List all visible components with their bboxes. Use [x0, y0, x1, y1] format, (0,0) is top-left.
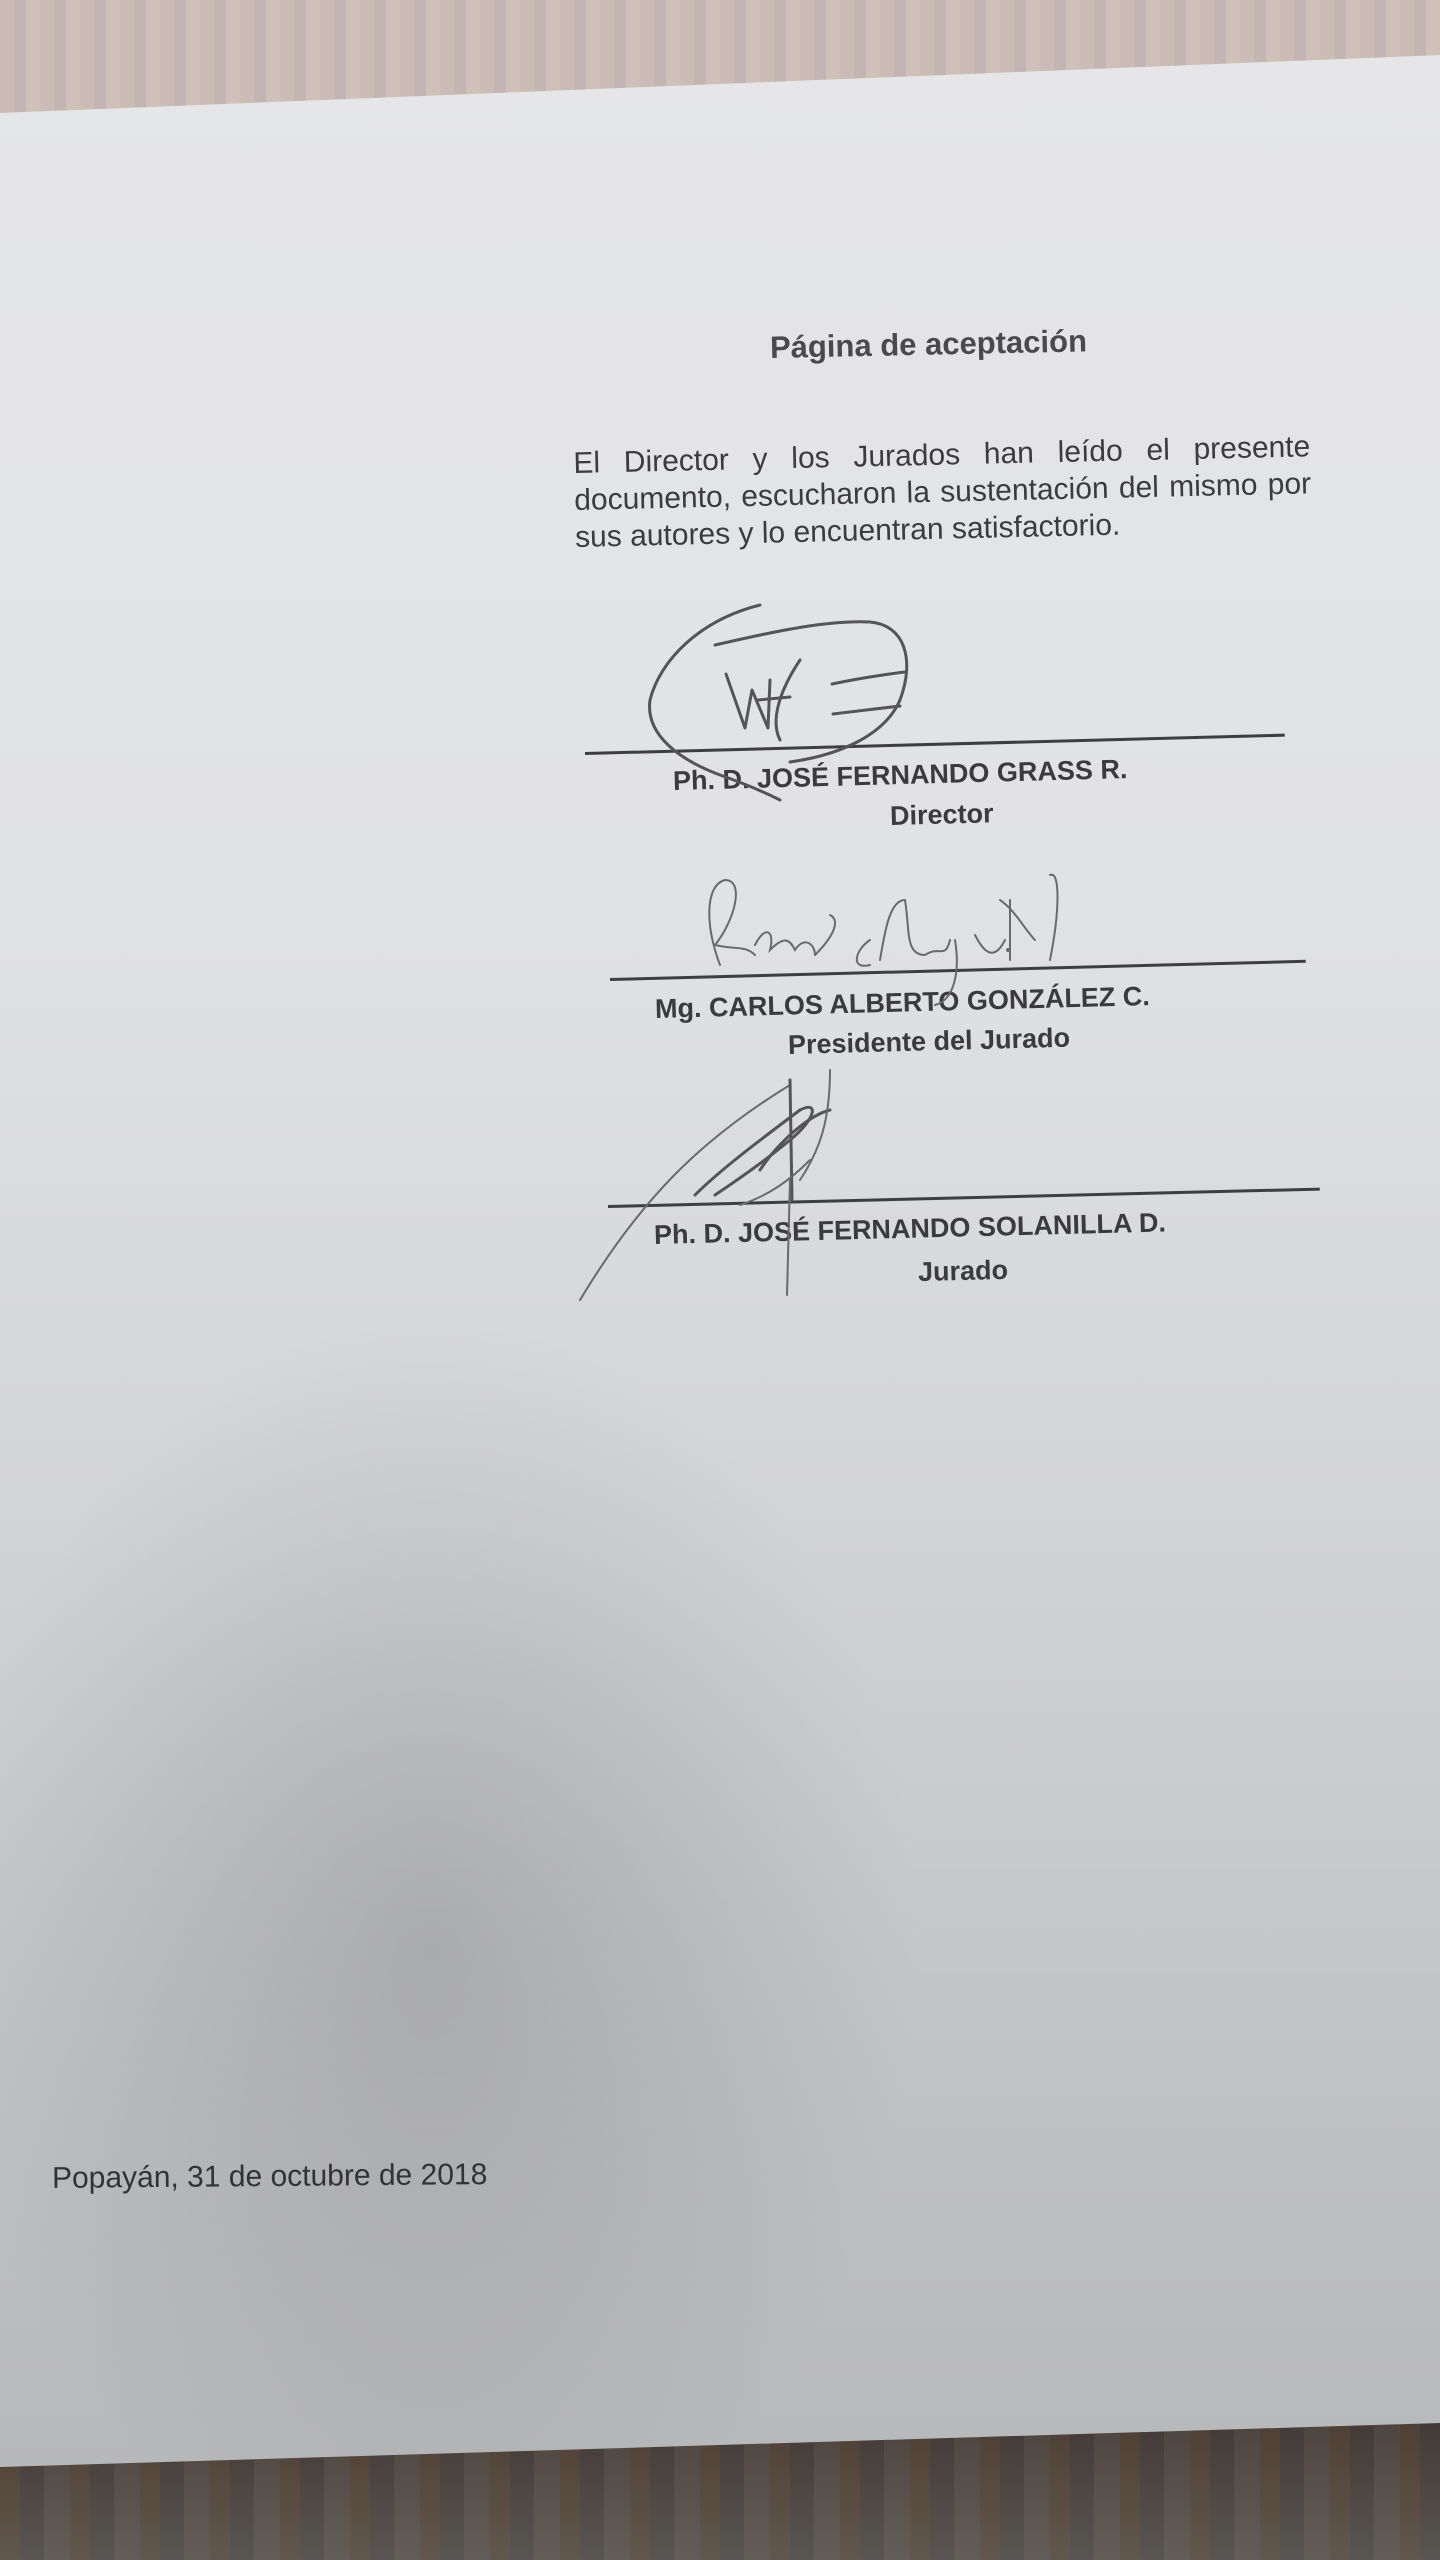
signatory-name-jury: Ph. D. JOSÉ FERNANDO SOLANILLA D. [654, 1207, 1167, 1251]
acceptance-statement: El Director y los Jurados han leído el p… [573, 428, 1312, 556]
signature-jury [580, 1070, 830, 1300]
place-and-date: Popayán, 31 de octubre de 2018 [52, 2158, 488, 2196]
signature-line-jury [608, 1188, 1320, 1208]
signatory-name-director: Ph. D. JOSÉ FERNANDO GRASS R. [673, 754, 1128, 797]
signatory-role-director: Director [890, 798, 994, 832]
signatory-name-president: Mg. CARLOS ALBERTO GONZÁLEZ C. [655, 981, 1151, 1025]
signature-line-director [585, 734, 1285, 755]
signatory-role-jury: Jurado [918, 1255, 1009, 1288]
signature-line-president [610, 960, 1306, 981]
signatory-role-president: Presidente del Jurado [788, 1023, 1071, 1061]
paper-sheet: Página de aceptación El Director y los J… [0, 0, 1440, 2560]
page-title: Página de aceptación [770, 323, 1088, 366]
